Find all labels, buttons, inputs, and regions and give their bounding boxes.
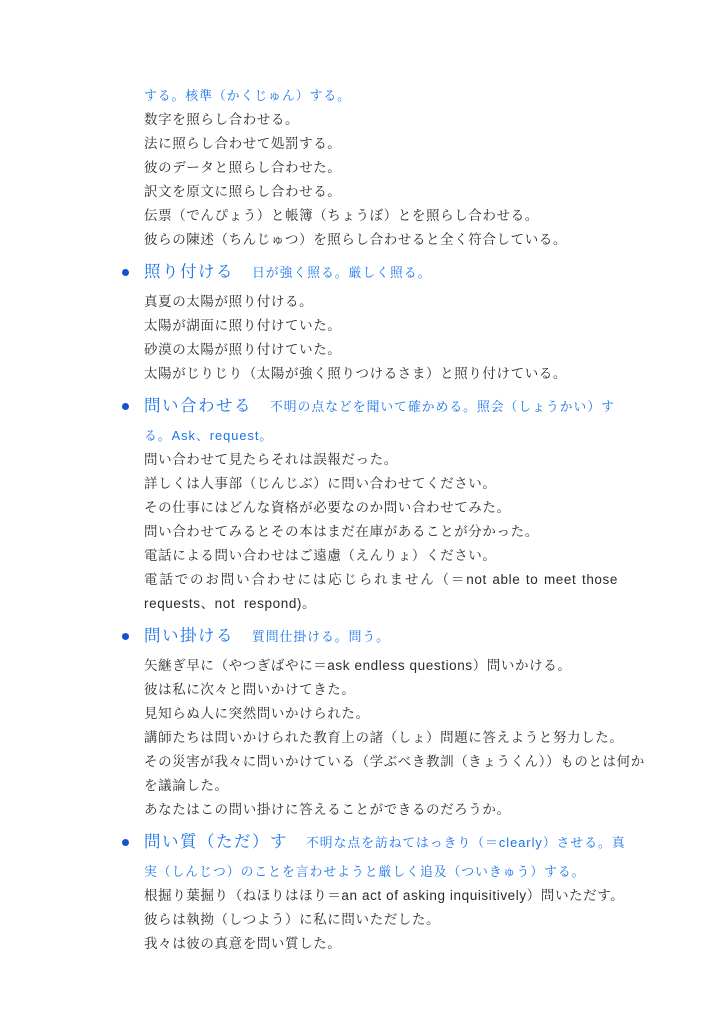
entry-headword: 問い合わせる bbox=[144, 397, 252, 415]
dictionary-entry-section: 問い合わせる不明の点などを聞いて確かめる。照会（しょうかい）する。Ask、req… bbox=[144, 393, 618, 616]
example-sentence-line: 砂漠の太陽が照り付けていた。 bbox=[144, 338, 618, 362]
bullet-icon bbox=[122, 269, 129, 276]
bullet-icon bbox=[122, 839, 129, 846]
example-sentence-line: 講師たちは問いかけられた教育上の諸（しょ）問題に答えようと努力した。 bbox=[144, 726, 618, 750]
bullet-icon bbox=[122, 403, 129, 410]
example-sentence-line: その仕事にはどんな資格が必要なのか問い合わせてみた。 bbox=[144, 496, 618, 520]
entry-header: 照り付ける日が強く照る。厳しく照る。 bbox=[144, 259, 618, 285]
example-sentence-line: 問い合わせてみるとその本はまだ在庫があることが分かった。 bbox=[144, 520, 618, 544]
entry-header: 問い質（ただ）す不明な点を訪ねてはっきり（＝clearly）させる。真 bbox=[144, 829, 618, 855]
example-sentence-line: 訳文を原文に照らし合わせる。 bbox=[144, 180, 618, 204]
bullet-icon bbox=[122, 633, 129, 640]
example-sentence-line: 彼らは執拗（しつよう）に私に問いただした。 bbox=[144, 908, 618, 932]
example-sentence-line: 伝票（でんぴょう）と帳簿（ちょうぼ）とを照らし合わせる。 bbox=[144, 204, 618, 228]
continued-entry-section: する。核準（かくじゅん）する。数字を照らし合わせる。法に照らし合わせて処罰する。… bbox=[144, 84, 618, 252]
example-sentence-line: あなたはこの問い掛けに答えることができるのだろうか。 bbox=[144, 798, 618, 822]
example-sentence-line: 彼らの陳述（ちんじゅつ）を照らし合わせると全く符合している。 bbox=[144, 228, 618, 252]
example-sentence-line: 問い合わせて見たらそれは誤報だった。 bbox=[144, 448, 618, 472]
entry-definition: 不明な点を訪ねてはっきり（＝clearly）させる。真 bbox=[306, 835, 626, 850]
example-sentence-line: 電話による問い合わせはご遠慮（えんりょ）ください。 bbox=[144, 544, 618, 568]
document-page: する。核準（かくじゅん）する。数字を照らし合わせる。法に照らし合わせて処罰する。… bbox=[0, 0, 724, 1023]
example-sentence-line: 根掘り葉掘り（ねほりはほり＝an act of asking inquisiti… bbox=[144, 884, 618, 908]
example-sentence-line: 太陽がじりじり（太陽が強く照りつけるさま）と照り付けている。 bbox=[144, 362, 618, 386]
entry-header: 問い合わせる不明の点などを聞いて確かめる。照会（しょうかい）す bbox=[144, 393, 618, 419]
dictionary-entry-section: 問い質（ただ）す不明な点を訪ねてはっきり（＝clearly）させる。真実（しんじ… bbox=[144, 829, 618, 956]
example-sentence-line: 詳しくは人事部（じんじぶ）に問い合わせてください。 bbox=[144, 472, 618, 496]
example-sentence-line: を議論した。 bbox=[144, 774, 618, 798]
example-sentence-line: 彼のデータと照らし合わせた。 bbox=[144, 156, 618, 180]
example-sentence-line: その災害が我々に問いかけている（学ぶべき教訓（きょうくん））ものとは何か bbox=[144, 750, 618, 774]
entry-definition: 不明の点などを聞いて確かめる。照会（しょうかい）す bbox=[270, 399, 615, 414]
example-sentence-line: 電話でのお問い合わせには応じられません（＝not able to meet th… bbox=[144, 568, 618, 592]
definition-line: する。核準（かくじゅん）する。 bbox=[144, 84, 618, 108]
document-content: する。核準（かくじゅん）する。数字を照らし合わせる。法に照らし合わせて処罰する。… bbox=[0, 0, 724, 956]
definition-line: る。Ask、request。 bbox=[144, 424, 618, 448]
example-sentence-line: 真夏の太陽が照り付ける。 bbox=[144, 290, 618, 314]
example-sentence-line: 我々は彼の真意を問い質した。 bbox=[144, 932, 618, 956]
example-sentence-line: 数字を照らし合わせる。 bbox=[144, 108, 618, 132]
example-sentence-line: 法に照らし合わせて処罰する。 bbox=[144, 132, 618, 156]
example-sentence-line: 太陽が湖面に照り付けていた。 bbox=[144, 314, 618, 338]
entry-definition: 質問仕掛ける。問う。 bbox=[252, 629, 390, 644]
example-sentence-line: 矢継ぎ早に（やつぎばやに＝ask endless questions）問いかける… bbox=[144, 654, 618, 678]
entry-headword: 問い掛ける bbox=[144, 627, 234, 645]
dictionary-entry-section: 問い掛ける質問仕掛ける。問う。矢継ぎ早に（やつぎばやに＝ask endless … bbox=[144, 623, 618, 822]
example-sentence-line: requests、not respond)。 bbox=[144, 592, 618, 616]
entry-header: 問い掛ける質問仕掛ける。問う。 bbox=[144, 623, 618, 649]
entry-definition: 日が強く照る。厳しく照る。 bbox=[252, 265, 431, 280]
example-sentence-line: 見知らぬ人に突然問いかけられた。 bbox=[144, 702, 618, 726]
definition-line: 実（しんじつ）のことを言わせようと厳しく追及（ついきゅう）する。 bbox=[144, 860, 618, 884]
entry-headword: 問い質（ただ）す bbox=[144, 833, 288, 851]
dictionary-entry-section: 照り付ける日が強く照る。厳しく照る。真夏の太陽が照り付ける。太陽が湖面に照り付け… bbox=[144, 259, 618, 386]
example-sentence-line: 彼は私に次々と問いかけてきた。 bbox=[144, 678, 618, 702]
entry-headword: 照り付ける bbox=[144, 263, 234, 281]
